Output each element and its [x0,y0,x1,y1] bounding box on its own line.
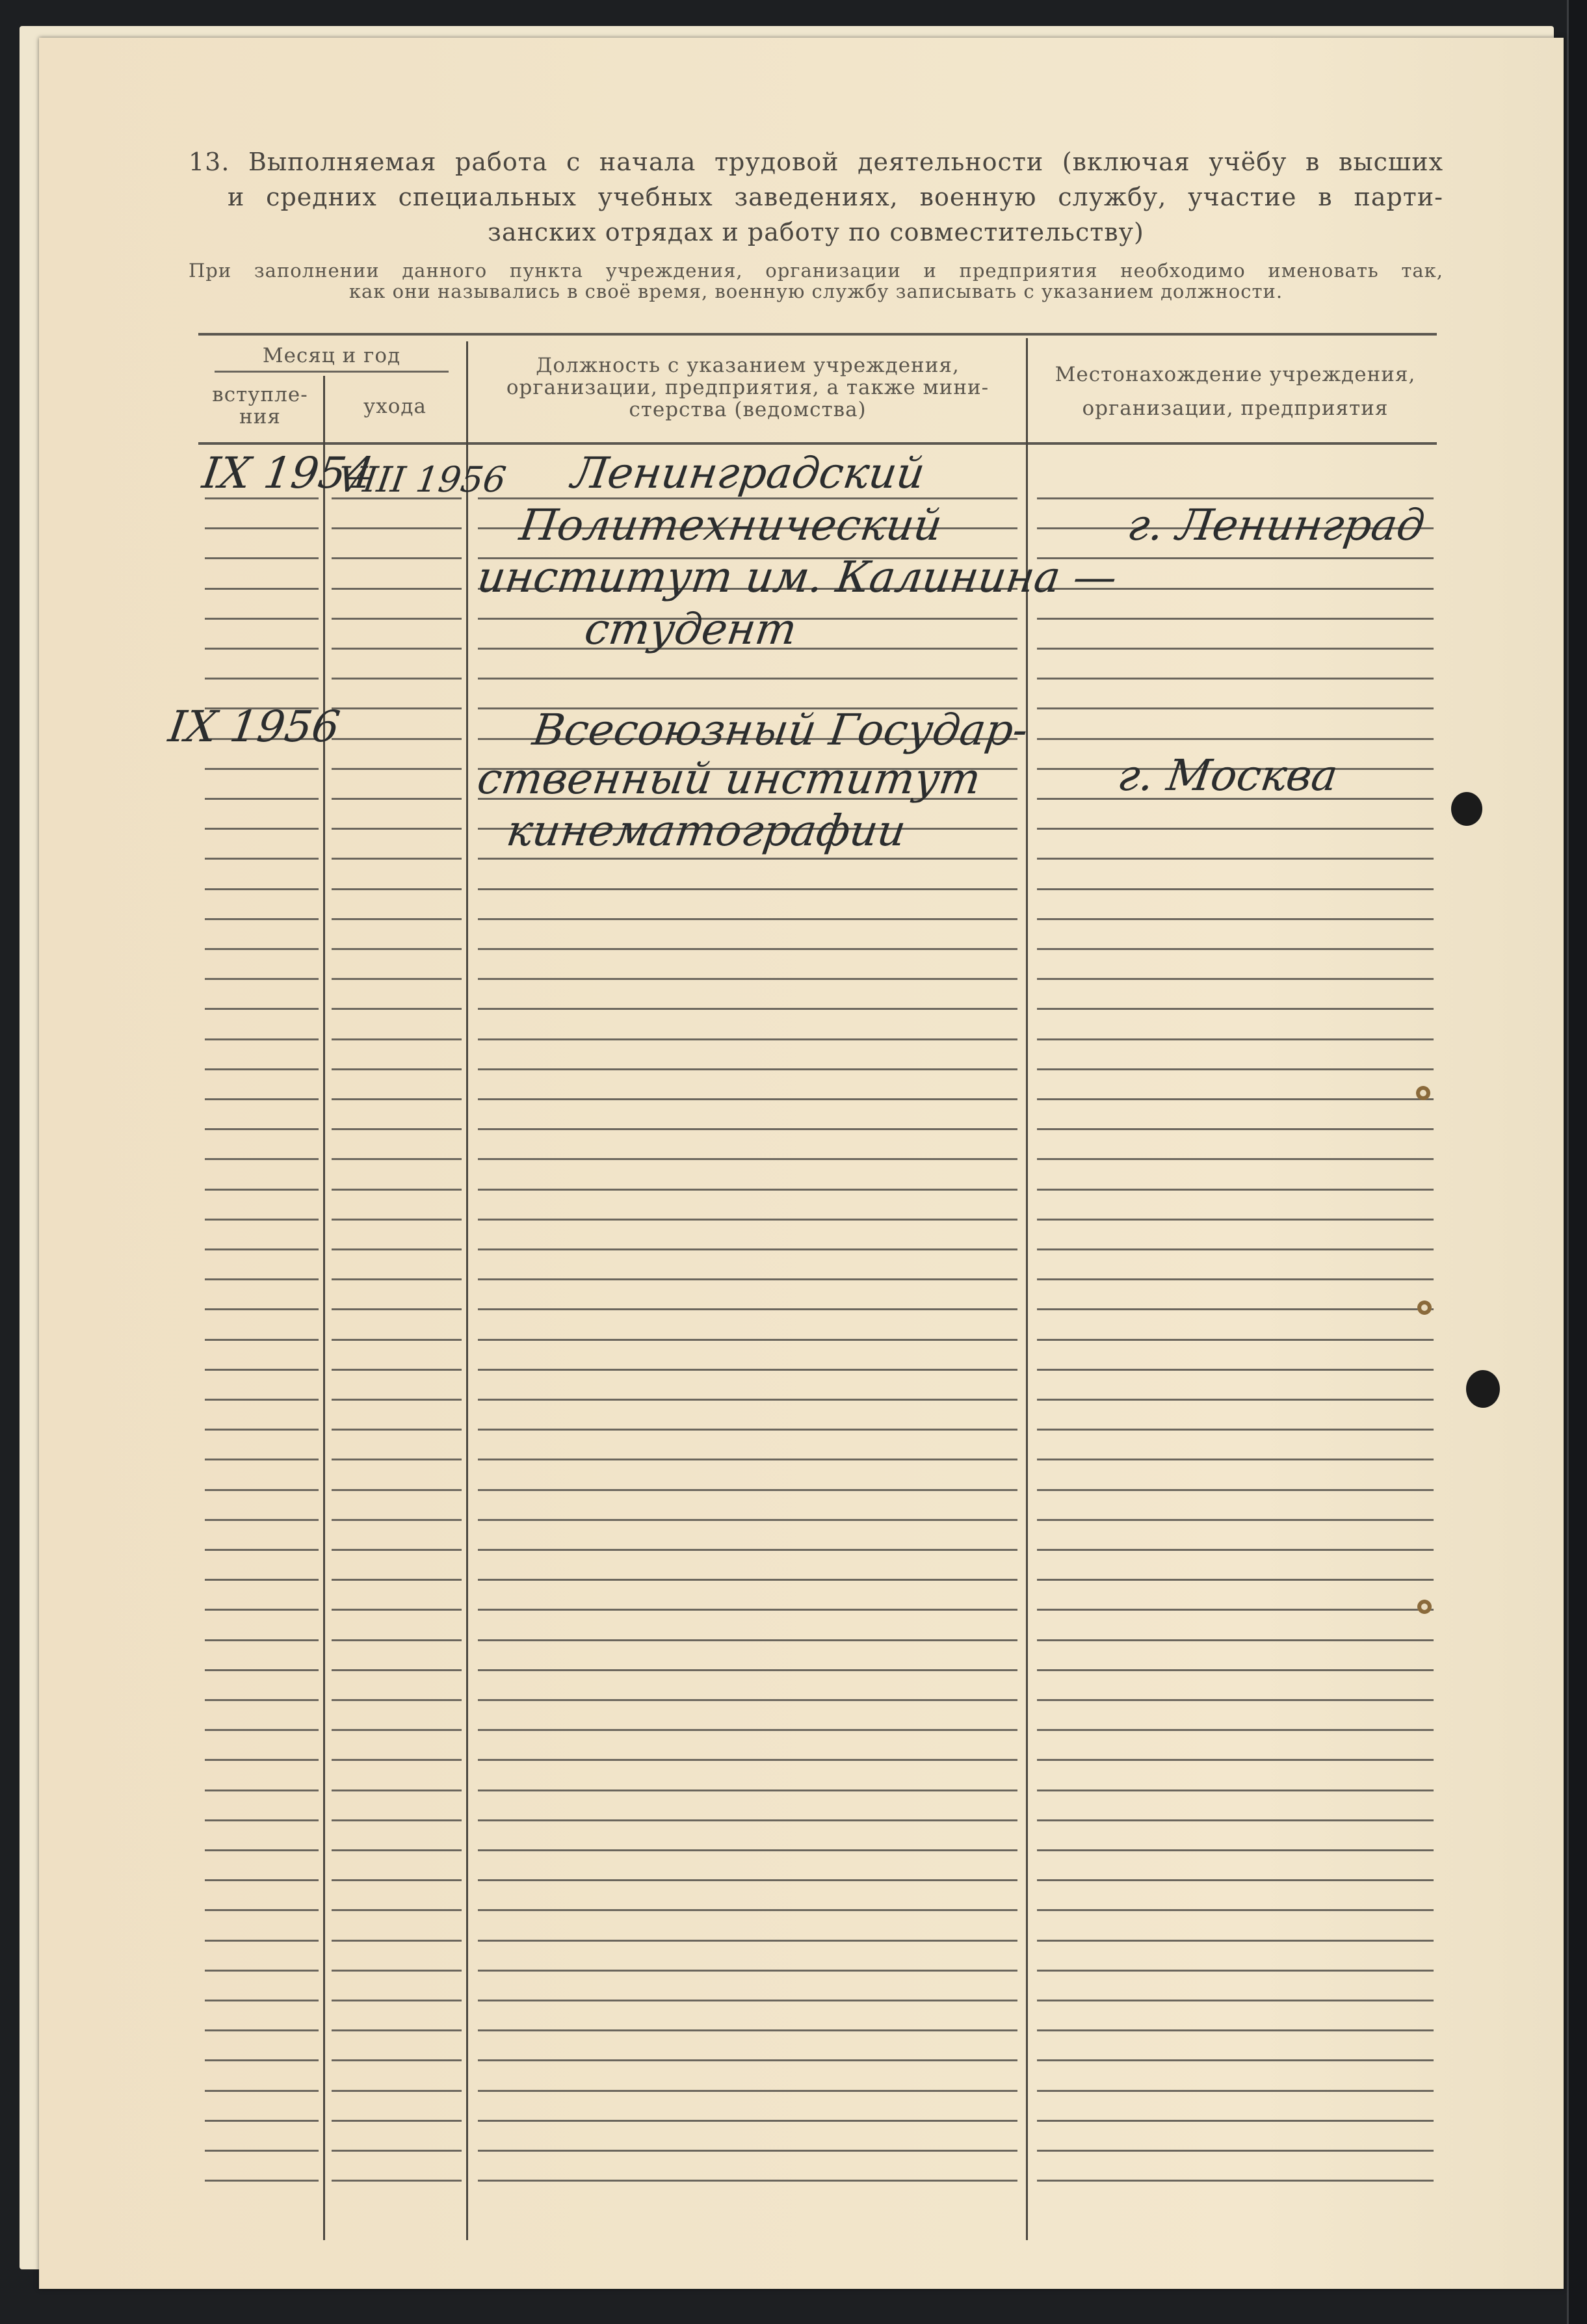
ruled-line [478,1339,1017,1341]
ruled-line [205,918,319,920]
ruled-line [332,1038,462,1040]
ruled-line [1037,1038,1434,1040]
row-1-position-line-4: студент [582,608,799,651]
header-position: Должность с указанием учреждения, органи… [475,354,1021,421]
heading-line-2: и средних специальных учебных заведениях… [189,179,1443,215]
ruled-line [478,1729,1017,1731]
ruled-line [332,527,462,529]
ruled-line [205,1399,319,1401]
header-position-line-3: стерства (ведомства) [629,398,866,421]
ruled-line [205,1219,319,1221]
ruled-line [478,948,1017,950]
ruled-line [478,2029,1017,2031]
binding-nick [1417,1301,1432,1315]
row-1-location: г. Ленинград [1125,504,1427,547]
ruled-line [332,1519,462,1521]
ruled-line [1037,1669,1434,1671]
ruled-line [478,678,1017,680]
ruled-line [332,738,462,740]
ruled-line [205,1429,319,1431]
ruled-line [1037,1549,1434,1551]
ruled-line [1037,1308,1434,1310]
ruled-line [332,1669,462,1671]
ruled-line [478,1158,1017,1160]
ruled-line [205,1849,319,1851]
header-position-line-2: организации, предприятия, а также мини- [506,376,989,399]
ruled-line [332,1128,462,1130]
ruled-line [332,1970,462,1972]
ruled-line [332,2090,462,2092]
table-top-rule [198,333,1437,336]
ruled-line [478,1128,1017,1130]
ruled-line [205,1098,319,1100]
ruled-line [1037,1970,1434,1972]
section-heading: 13. Выполняемая работа с начала трудовой… [189,144,1443,250]
ruled-line [205,768,319,770]
ruled-line [205,678,319,680]
row-1-position-line-3: институт им. Калинина — [475,556,1120,599]
ruled-line [205,2059,319,2061]
punch-hole [1466,1370,1500,1408]
ruled-line [332,858,462,860]
ruled-line [1037,1579,1434,1581]
ruled-line [205,557,319,559]
ruled-line [478,1459,1017,1460]
header-month-year: Месяц и год [215,345,449,367]
header-location: Местонахождение учреждения, организации,… [1034,358,1437,425]
ruled-line [1037,1369,1434,1371]
ruled-line [332,1429,462,1431]
ruled-line [205,2120,319,2122]
ruled-line [332,888,462,890]
ruled-line [1037,2180,1434,2182]
ruled-line [478,2090,1017,2092]
ruled-line [478,1489,1017,1491]
ruled-line [478,918,1017,920]
ruled-line [205,1819,319,1821]
ruled-line [1037,2120,1434,2122]
ruled-line [205,1489,319,1491]
ruled-line [205,1248,319,1250]
ruled-line [1037,948,1434,950]
ruled-line [332,828,462,830]
ruled-line [478,1819,1017,1821]
ruled-line [1037,1729,1434,1731]
ruled-line [205,1759,319,1761]
ruled-line [332,1729,462,1731]
ruled-line [478,1008,1017,1010]
ruled-line [332,1699,462,1701]
row-2-location: г. Москва [1115,754,1340,797]
ruled-line [205,1669,319,1671]
header-bottom-rule [198,442,1437,445]
ruled-line [1037,1158,1434,1160]
instruction-note: При заполнении данного пункта учреждения… [189,260,1443,302]
ruled-line [332,1639,462,1641]
ruled-line [332,1369,462,1371]
ruled-line [332,1609,462,1611]
ruled-line [205,1879,319,1881]
ruled-line [1037,1008,1434,1010]
ruled-line [478,1369,1017,1371]
ruled-line [1037,1639,1434,1641]
note-line-1: При заполнении данного пункта учреждения… [189,260,1443,281]
ruled-line [332,948,462,950]
ruled-line [1037,1759,1434,1761]
note-line-2: как они назывались в своё время, военную… [189,281,1443,302]
header-location-line-1: Местонахождение учреждения, [1055,363,1416,386]
ruled-line [205,618,319,620]
ruled-line [205,1308,319,1310]
ruled-line [332,1549,462,1551]
ruled-line [478,1909,1017,1911]
divider-entry-exit [323,376,325,2240]
ruled-line [332,678,462,680]
ruled-line [332,1068,462,1070]
header-entry-line-1: вступле- [212,383,308,406]
ruled-line [205,1189,319,1191]
ruled-line [205,1699,319,1701]
ruled-line [205,1369,319,1371]
row-1-position-line-2: Политехнический [517,504,944,547]
ruled-line [1037,1609,1434,1611]
ruled-line [1037,1068,1434,1070]
ruled-line [205,1729,319,1731]
ruled-line [205,1639,319,1641]
ruled-line [1037,648,1434,650]
ruled-line [478,1970,1017,1972]
ruled-line [478,2059,1017,2061]
ruled-line [332,648,462,650]
header-entry: вступле- ния [198,384,322,428]
ruled-line [205,948,319,950]
ruled-line [478,2180,1017,2182]
ruled-line [332,1849,462,1851]
ruled-line [478,1219,1017,1221]
row-1-position-line-1: Ленинградский [569,452,927,495]
row-2-position-line-2: ственный институт [475,758,983,800]
ruled-line [205,858,319,860]
ruled-line [332,1759,462,1761]
ruled-line [1037,2059,1434,2061]
ruled-line [478,1549,1017,1551]
ruled-line [332,1879,462,1881]
ruled-line [1037,1339,1434,1341]
ruled-line [1037,618,1434,620]
ruled-line [478,2120,1017,2122]
ruled-line [478,1940,1017,1942]
ruled-line [332,1098,462,1100]
ruled-line [332,768,462,770]
ruled-line [478,1639,1017,1641]
ruled-line [478,888,1017,890]
ruled-line [1037,828,1434,830]
scanner-frame-edge [1567,0,1587,2324]
ruled-line [332,707,462,709]
divider-dates-position [466,341,468,2240]
ruled-line [1037,2000,1434,2001]
ruled-line [332,1459,462,1460]
ruled-line [478,858,1017,860]
ruled-line [1037,678,1434,680]
ruled-line [1037,497,1434,499]
ruled-line [332,1248,462,1250]
ruled-line [478,1789,1017,1791]
ruled-line [332,1579,462,1581]
ruled-line [205,1158,319,1160]
ruled-line [478,1669,1017,1671]
ruled-line [332,1008,462,1010]
ruled-line [1037,1849,1434,1851]
ruled-line [478,978,1017,980]
ruled-line [332,1189,462,1191]
ruled-line [205,888,319,890]
ruled-line [205,1038,319,1040]
ruled-line [478,1609,1017,1611]
ruled-line [478,1098,1017,1100]
ruled-line [1037,738,1434,740]
punch-hole [1451,792,1482,826]
ruled-line [332,1489,462,1491]
ruled-line [205,648,319,650]
ruled-line [1037,1909,1434,1911]
row-1-exit-date: VIII 1956 [335,458,508,501]
ruled-line [1037,1519,1434,1521]
ruled-line [332,2000,462,2001]
ruled-line [205,1579,319,1581]
ruled-line [1037,1940,1434,1942]
ruled-line [332,918,462,920]
row-2-position-line-3: кинематографии [504,810,908,852]
ruled-line [205,978,319,980]
ruled-line [478,1519,1017,1521]
ruled-line [1037,1399,1434,1401]
ruled-line [205,1789,319,1791]
month-year-subrule [215,371,449,373]
header-exit: ухода [325,395,465,417]
ruled-line [478,1308,1017,1310]
ruled-line [332,1789,462,1791]
ruled-line [1037,1789,1434,1791]
heading-line-3: занских отрядах и работу по совместитель… [189,215,1443,250]
ruled-line [332,1339,462,1341]
ruled-line [1037,1189,1434,1191]
binding-nick [1417,1600,1432,1614]
ruled-line [205,1609,319,1611]
ruled-line [478,1248,1017,1250]
ruled-line [205,2090,319,2092]
ruled-line [332,2059,462,2061]
ruled-line [1037,2029,1434,2031]
ruled-line [332,557,462,559]
ruled-line [478,1399,1017,1401]
ruled-line [332,618,462,620]
ruled-line [205,828,319,830]
ruled-line [332,588,462,590]
row-2-entry-date: IX 1956 [166,706,342,748]
ruled-line [1037,707,1434,709]
ruled-line [332,978,462,980]
ruled-line [205,1278,319,1280]
ruled-line [332,1158,462,1160]
ruled-line [332,1909,462,1911]
ruled-line [205,2180,319,2182]
ruled-line [478,2150,1017,2152]
ruled-line [332,1308,462,1310]
ruled-line [205,1459,319,1460]
ruled-line [205,1008,319,1010]
ruled-line [1037,1219,1434,1221]
ruled-line [205,1909,319,1911]
ruled-line [478,1699,1017,1701]
ruled-line [205,527,319,529]
ruled-line [1037,2090,1434,2092]
ruled-line [1037,1098,1434,1100]
ruled-line [1037,918,1434,920]
ruled-line [1037,858,1434,860]
ruled-line [332,1940,462,1942]
ruled-line [1037,1429,1434,1431]
divider-position-location [1026,338,1028,2240]
ruled-line [205,588,319,590]
ruled-line [1037,1248,1434,1250]
ruled-line [332,2150,462,2152]
ruled-line [1037,1819,1434,1821]
ruled-line [1037,1699,1434,1701]
ruled-line [205,1128,319,1130]
ruled-line [1037,888,1434,890]
ruled-line [205,1068,319,1070]
ruled-line [1037,978,1434,980]
header-entry-line-2: ния [239,405,281,429]
ruled-line [205,798,319,800]
ruled-line [478,1579,1017,1581]
ruled-line [1037,1278,1434,1280]
ruled-line [205,1339,319,1341]
ruled-line [332,2180,462,2182]
ruled-line [478,1189,1017,1191]
header-location-line-2: организации, предприятия [1082,397,1389,420]
ruled-line [1037,2150,1434,2152]
ruled-line [205,1940,319,1942]
ruled-line [205,2000,319,2001]
ruled-line [205,1549,319,1551]
binding-nick [1416,1086,1430,1100]
ruled-line [1037,1879,1434,1881]
ruled-line [332,1278,462,1280]
heading-line-1: 13. Выполняемая работа с начала трудовой… [189,144,1443,179]
ruled-line [332,1819,462,1821]
ruled-line [205,2029,319,2031]
ruled-line [1037,1459,1434,1460]
header-position-line-1: Должность с указанием учреждения, [536,354,960,377]
ruled-line [205,1970,319,1972]
ruled-line [478,2000,1017,2001]
ruled-line [332,2120,462,2122]
ruled-line [332,2029,462,2031]
ruled-line [1037,1128,1434,1130]
ruled-line [478,1879,1017,1881]
ruled-line [205,2150,319,2152]
ruled-line [478,1849,1017,1851]
ruled-line [478,1038,1017,1040]
ruled-line [332,798,462,800]
ruled-line [478,1278,1017,1280]
ruled-line [332,1219,462,1221]
ruled-line [478,1068,1017,1070]
ruled-line [205,1519,319,1521]
row-2-position-line-1: Всесоюзный Государ- [530,709,1030,752]
ruled-line [332,1399,462,1401]
ruled-line [1037,1489,1434,1491]
ruled-line [478,1429,1017,1431]
ruled-line [478,1759,1017,1761]
